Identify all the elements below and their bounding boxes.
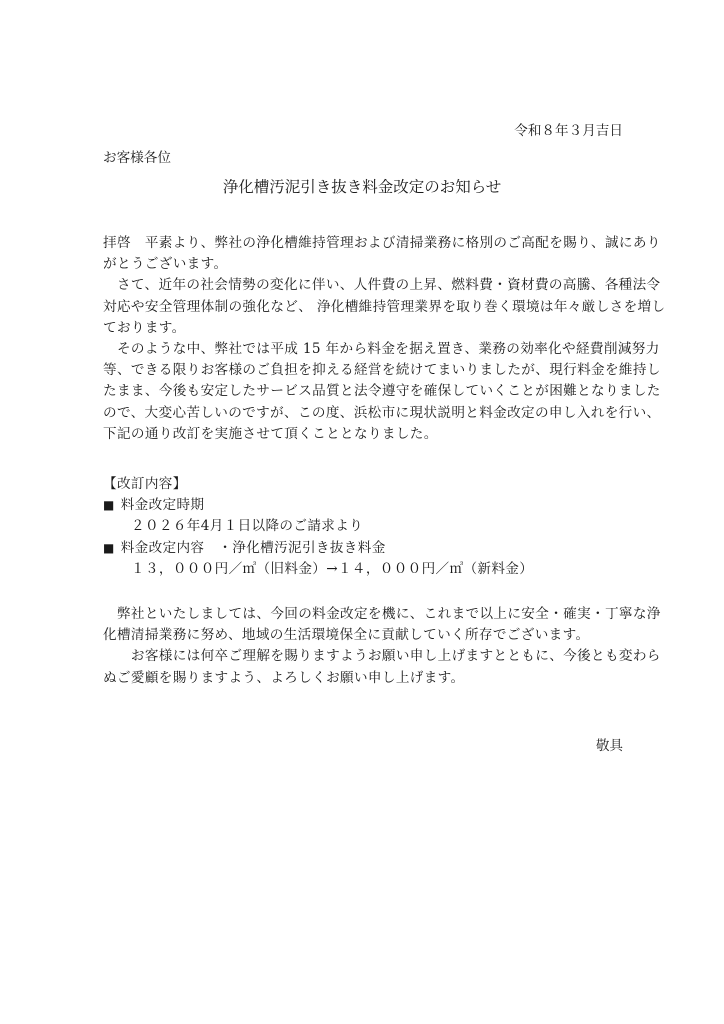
document-page: 令和８年３月吉日 お客様各位 浄化槽汚泥引き抜き料金改定のお知らせ 拝啓 平素よ… xyxy=(0,0,724,1024)
intro-line: たまま、今後も安定したサービス品質と法令遵守を確保していくことが困難となりました xyxy=(103,381,623,402)
intro-line: ので、大変心苦しいのですが、この度、浜松市に現状説明と料金改定の申し入れを行い、 xyxy=(103,403,623,424)
closing-line: ぬご愛顧を賜りますよう、よろしくお願い申し上げます。 xyxy=(103,668,623,689)
intro-line: さて、近年の社会情勢の変化に伴い、人件費の上昇、燃料費・資材費の高騰、各種法令 xyxy=(103,275,623,296)
intro-line: 対応や安全管理体制の強化など、 浄化槽維持管理業界を取り巻く環境は年々厳しさを増… xyxy=(103,297,623,318)
revision-item-content: ■料金改定内容 ・浄化槽汚泥引き抜き料金 xyxy=(103,538,623,559)
revision-heading: 【改訂内容】 xyxy=(103,474,623,495)
price-change-detail: １３，０００円／㎥（旧料金）→１４，０００円／㎥（新料金） xyxy=(103,559,623,580)
intro-paragraphs: 拝啓 平素より、弊社の浄化槽維持管理および清掃業務に格別のご高配を賜り、誠にあり… xyxy=(103,233,623,445)
closing-paragraphs: 弊社といたしましては、今回の料金改定を機に、これまで以上に安全・確実・丁寧な浄 … xyxy=(103,604,623,689)
square-bullet-icon: ■ xyxy=(103,541,115,555)
intro-line: ております。 xyxy=(103,318,623,339)
sign-off: 敬具 xyxy=(596,736,623,757)
revision-section: 【改訂内容】 ■料金改定時期 ２０２６年4月１日以降のご請求より ■料金改定内容… xyxy=(103,474,623,580)
intro-line: がとうございます。 xyxy=(103,254,623,275)
square-bullet-icon: ■ xyxy=(103,498,115,512)
document-date: 令和８年３月吉日 xyxy=(514,121,623,142)
intro-line: 下記の通り改訂を実施させて頂くこととなりました。 xyxy=(103,424,623,445)
revision-item-label: 料金改定内容 ・浄化槽汚泥引き抜き料金 xyxy=(121,540,386,556)
revision-item-timing: ■料金改定時期 xyxy=(103,495,623,516)
intro-line: 拝啓 平素より、弊社の浄化槽維持管理および清掃業務に格別のご高配を賜り、誠にあり xyxy=(103,233,623,254)
closing-line: 弊社といたしましては、今回の料金改定を機に、これまで以上に安全・確実・丁寧な浄 xyxy=(103,604,623,625)
addressee: お客様各位 xyxy=(103,148,171,169)
intro-line: そのような中、弊社では平成 15 年から料金を据え置き、業務の効率化や経費削減努… xyxy=(103,339,623,360)
closing-line: お客様には何卒ご理解を賜りますようお願い申し上げますとともに、今後とも変わら xyxy=(103,646,623,667)
intro-line: 等、できる限りお客様のご負担を抑える経営を続けてまいりましたが、現行料金を維持し xyxy=(103,360,623,381)
document-title: 浄化槽汚泥引き抜き料金改定のお知らせ xyxy=(0,177,724,198)
revision-item-detail: ２０２６年4月１日以降のご請求より xyxy=(103,516,623,537)
closing-line: 化槽清掃業務に努め、地域の生活環境保全に貢献していく所存でございます。 xyxy=(103,625,623,646)
revision-item-label: 料金改定時期 xyxy=(121,497,205,513)
